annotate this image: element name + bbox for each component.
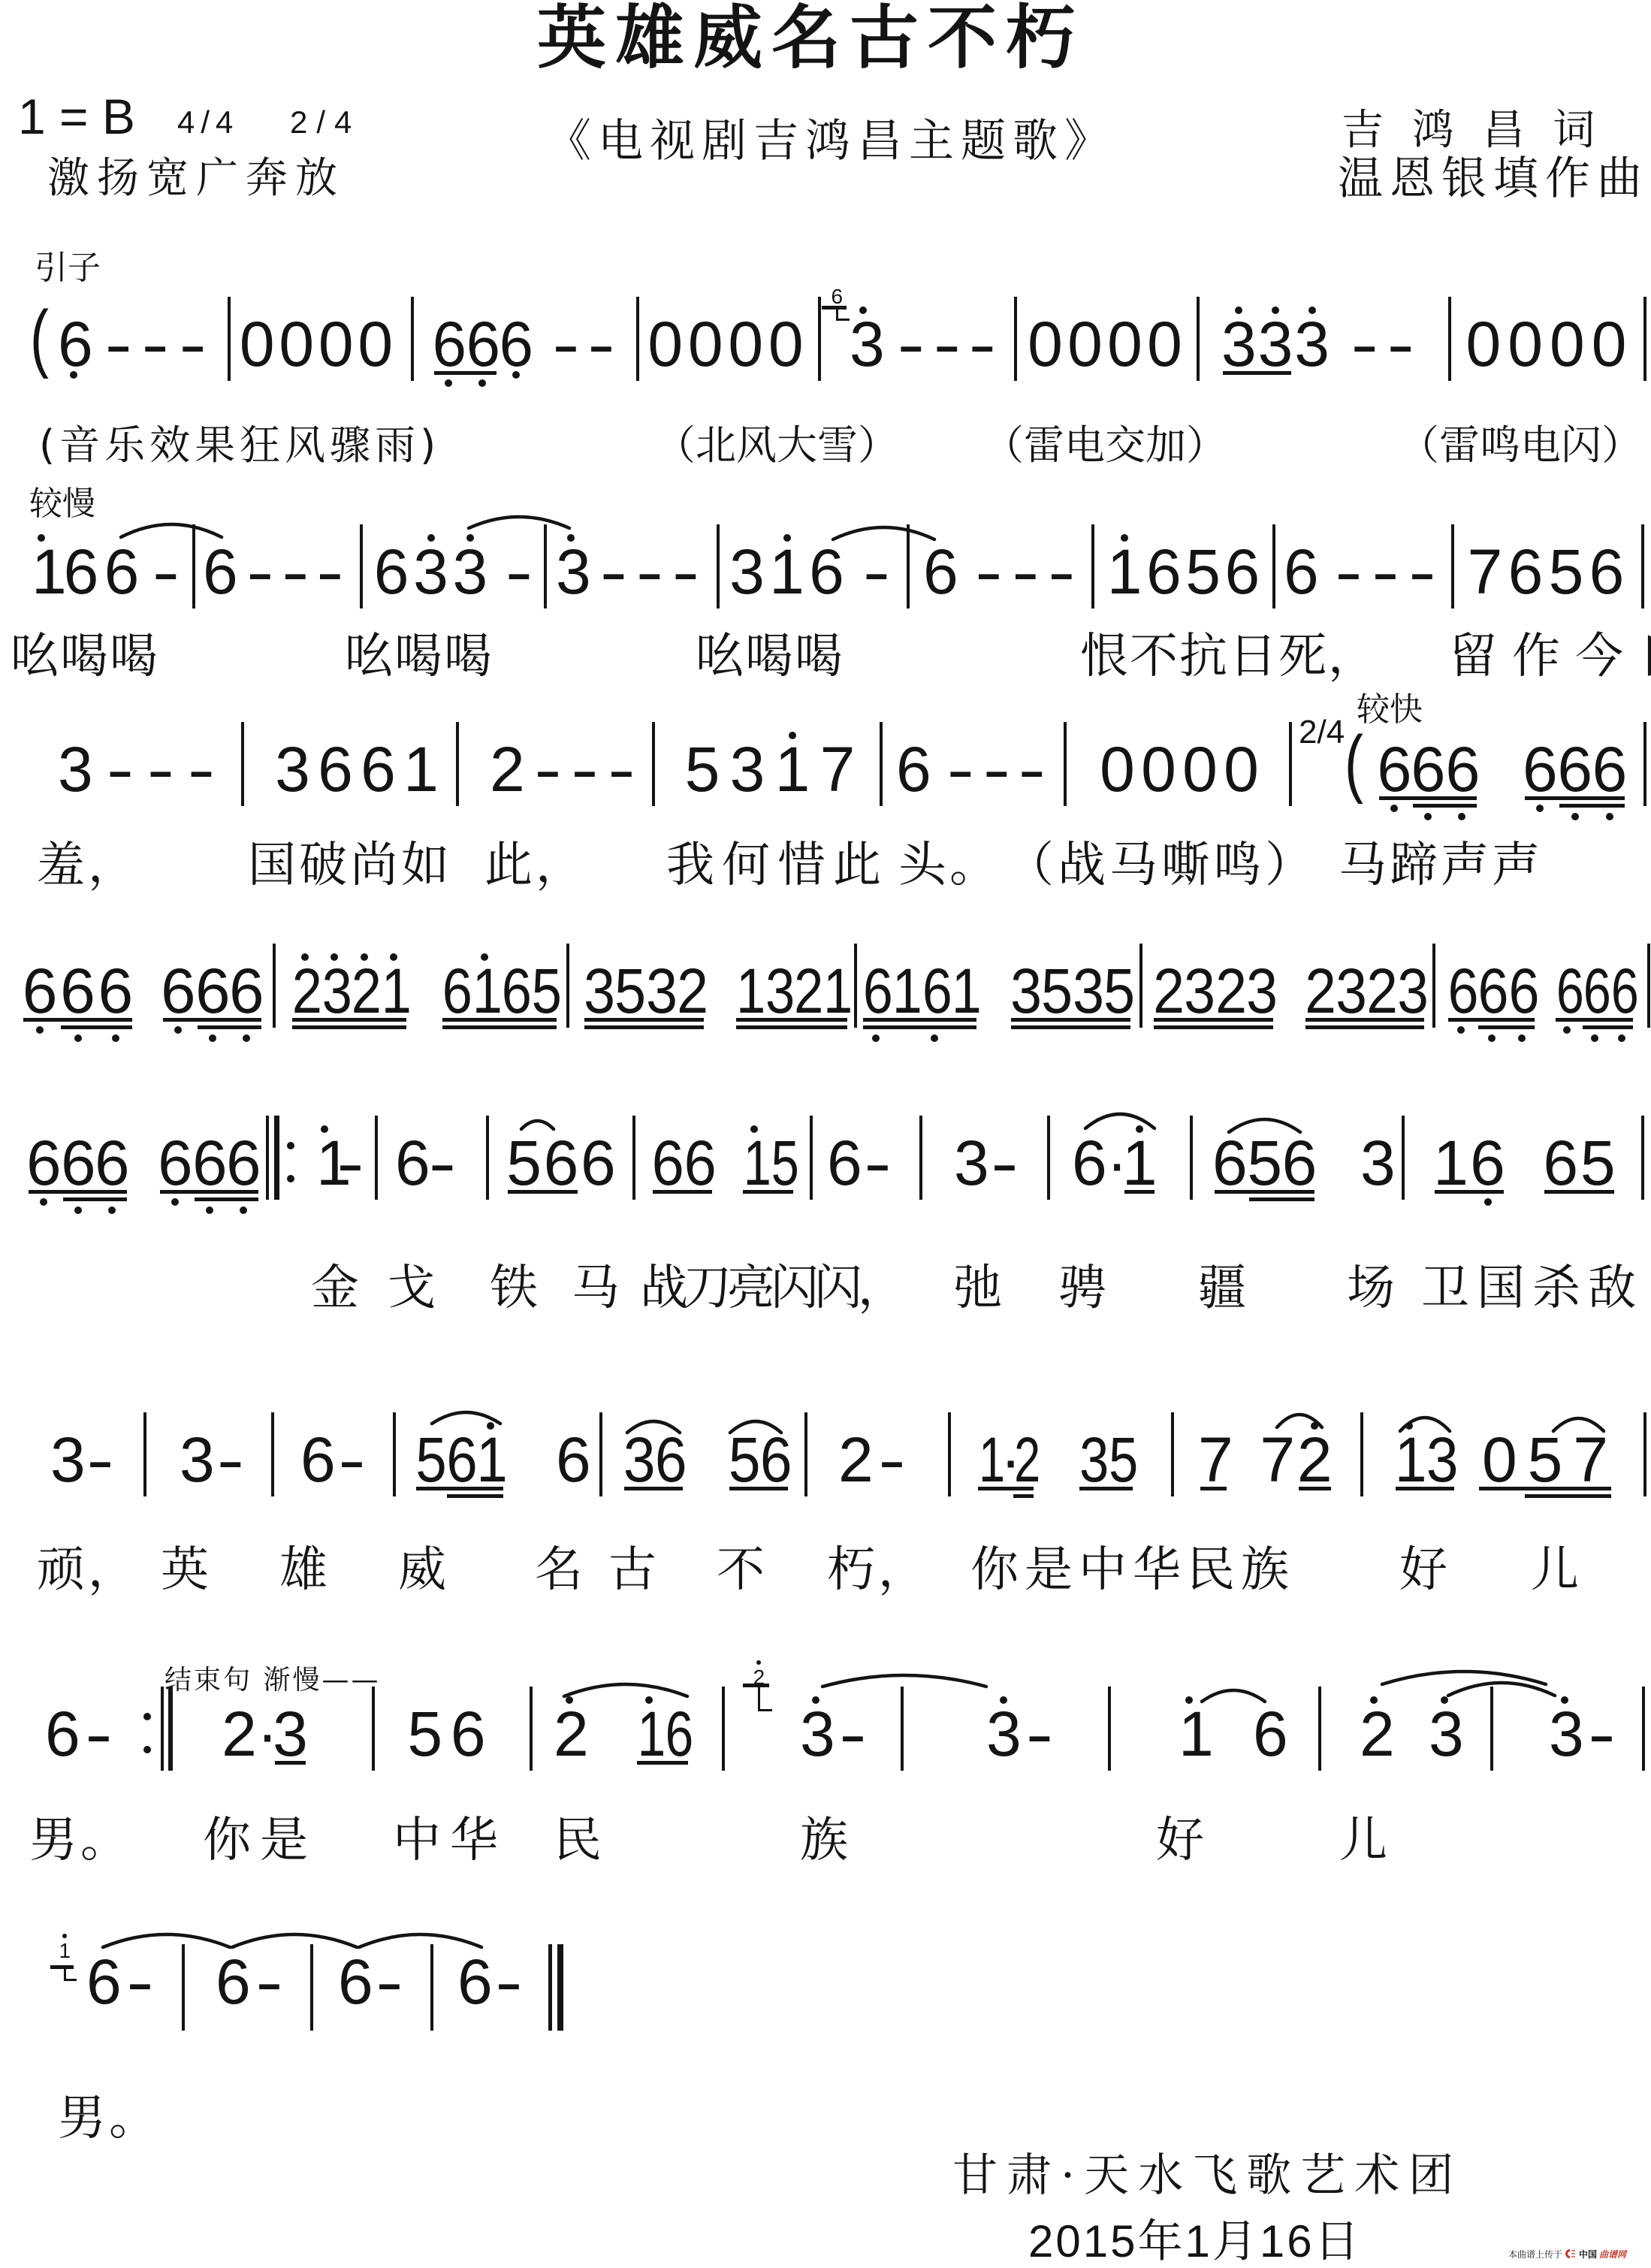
grace-note-digit: 1	[54, 1940, 75, 1961]
watermark-site-name-b: 曲谱网	[1599, 2250, 1626, 2259]
watermark-site-name-a: 中国	[1579, 2250, 1597, 2259]
site-logo-icon	[1565, 2249, 1577, 2260]
sheet-music-page: 英雄威名古不朽 1 = B 4/4 2/4 激扬宽广奔放 《电视剧吉鸿昌主题歌》…	[0, 0, 1651, 2268]
note-group: -	[256, 1950, 282, 2013]
bar-line	[182, 1944, 185, 2031]
thick-bar-line	[557, 1944, 563, 2031]
watermark: 本曲谱上传于 中国曲谱网	[1508, 2249, 1626, 2260]
duration-dash: -	[492, 1950, 527, 2013]
organization-credit: 甘肃·天水飞歌艺术团	[952, 2153, 1462, 2198]
note-group: 6	[216, 1950, 246, 2013]
note-group: -	[496, 1950, 522, 2013]
score: 引子(6---0000666--00003---0000333--00006(音…	[0, 0, 1651, 2268]
note-6: 6	[457, 1950, 489, 2013]
duration-dash: -	[123, 1950, 158, 2013]
note-6: 6	[216, 1950, 246, 2013]
note-6: 6	[86, 1950, 117, 2013]
grace-bracket-horizontal	[64, 1979, 77, 1981]
date-credit: 2015年1月16日	[1028, 2219, 1362, 2264]
note-6: 6	[338, 1950, 369, 2013]
note-group: 6	[338, 1950, 369, 2013]
duration-dash: -	[373, 1950, 407, 2013]
lyric-text: 男。	[58, 2094, 160, 2143]
note-group: 6	[86, 1950, 117, 2013]
grace-note: 1	[50, 1921, 77, 1984]
note-group: 6	[457, 1950, 489, 2013]
note-group: -	[127, 1950, 153, 2013]
final-bar	[548, 1944, 565, 2031]
note-group: -	[376, 1950, 403, 2013]
thin-bar-line	[548, 1944, 552, 2031]
watermark-prefix: 本曲谱上传于	[1508, 2250, 1562, 2259]
bar-line	[310, 1944, 313, 2031]
music-system-8: 6-6-6-6-1男。	[0, 0, 1651, 2268]
duration-dash: -	[252, 1950, 287, 2013]
high-octave-dot	[62, 1934, 67, 1938]
grace-beam	[50, 1965, 74, 1969]
bar-line	[430, 1944, 433, 2031]
